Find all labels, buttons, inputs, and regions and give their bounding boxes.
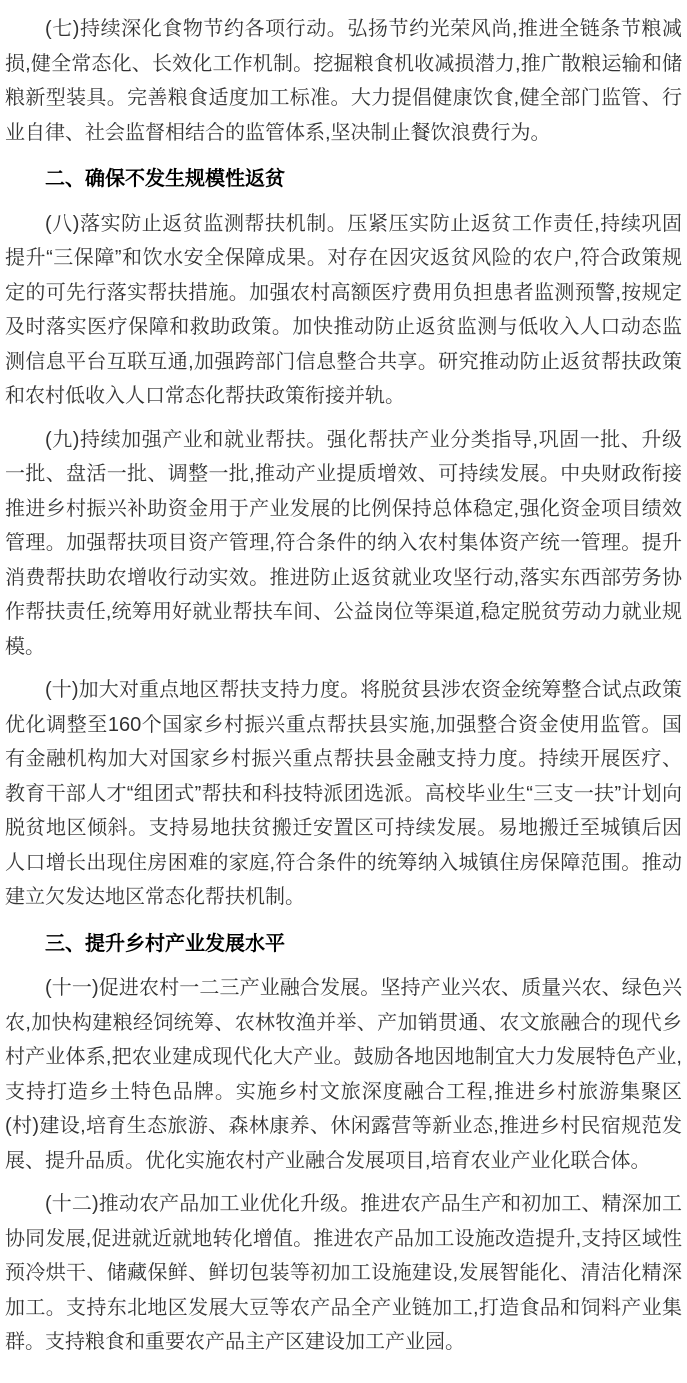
section-heading: 二、确保不发生规模性返贫 [5, 162, 682, 197]
body-paragraph: (十)加大对重点地区帮扶支持力度。将脱贫县涉农资金统筹整合试点政策优化调整至16… [5, 673, 682, 915]
body-paragraph: (七)持续深化食物节约各项行动。弘扬节约光荣风尚,推进全链条节粮减损,健全常态化… [5, 12, 682, 150]
section-heading: 三、提升乡村产业发展水平 [5, 927, 682, 962]
policy-document-body: (七)持续深化食物节约各项行动。弘扬节约光荣风尚,推进全链条节粮减损,健全常态化… [0, 0, 687, 1383]
body-paragraph: (九)持续加强产业和就业帮扶。强化帮扶产业分类指导,巩固一批、升级一批、盘活一批… [5, 423, 682, 665]
body-paragraph: (十二)推动农产品加工业优化升级。推进农产品生产和初加工、精深加工协同发展,促进… [5, 1187, 682, 1360]
body-paragraph: (八)落实防止返贫监测帮扶机制。压紧压实防止返贫工作责任,持续巩固提升“三保障”… [5, 207, 682, 414]
body-paragraph: (十一)促进农村一二三产业融合发展。坚持产业兴农、质量兴农、绿色兴农,加快构建粮… [5, 971, 682, 1178]
